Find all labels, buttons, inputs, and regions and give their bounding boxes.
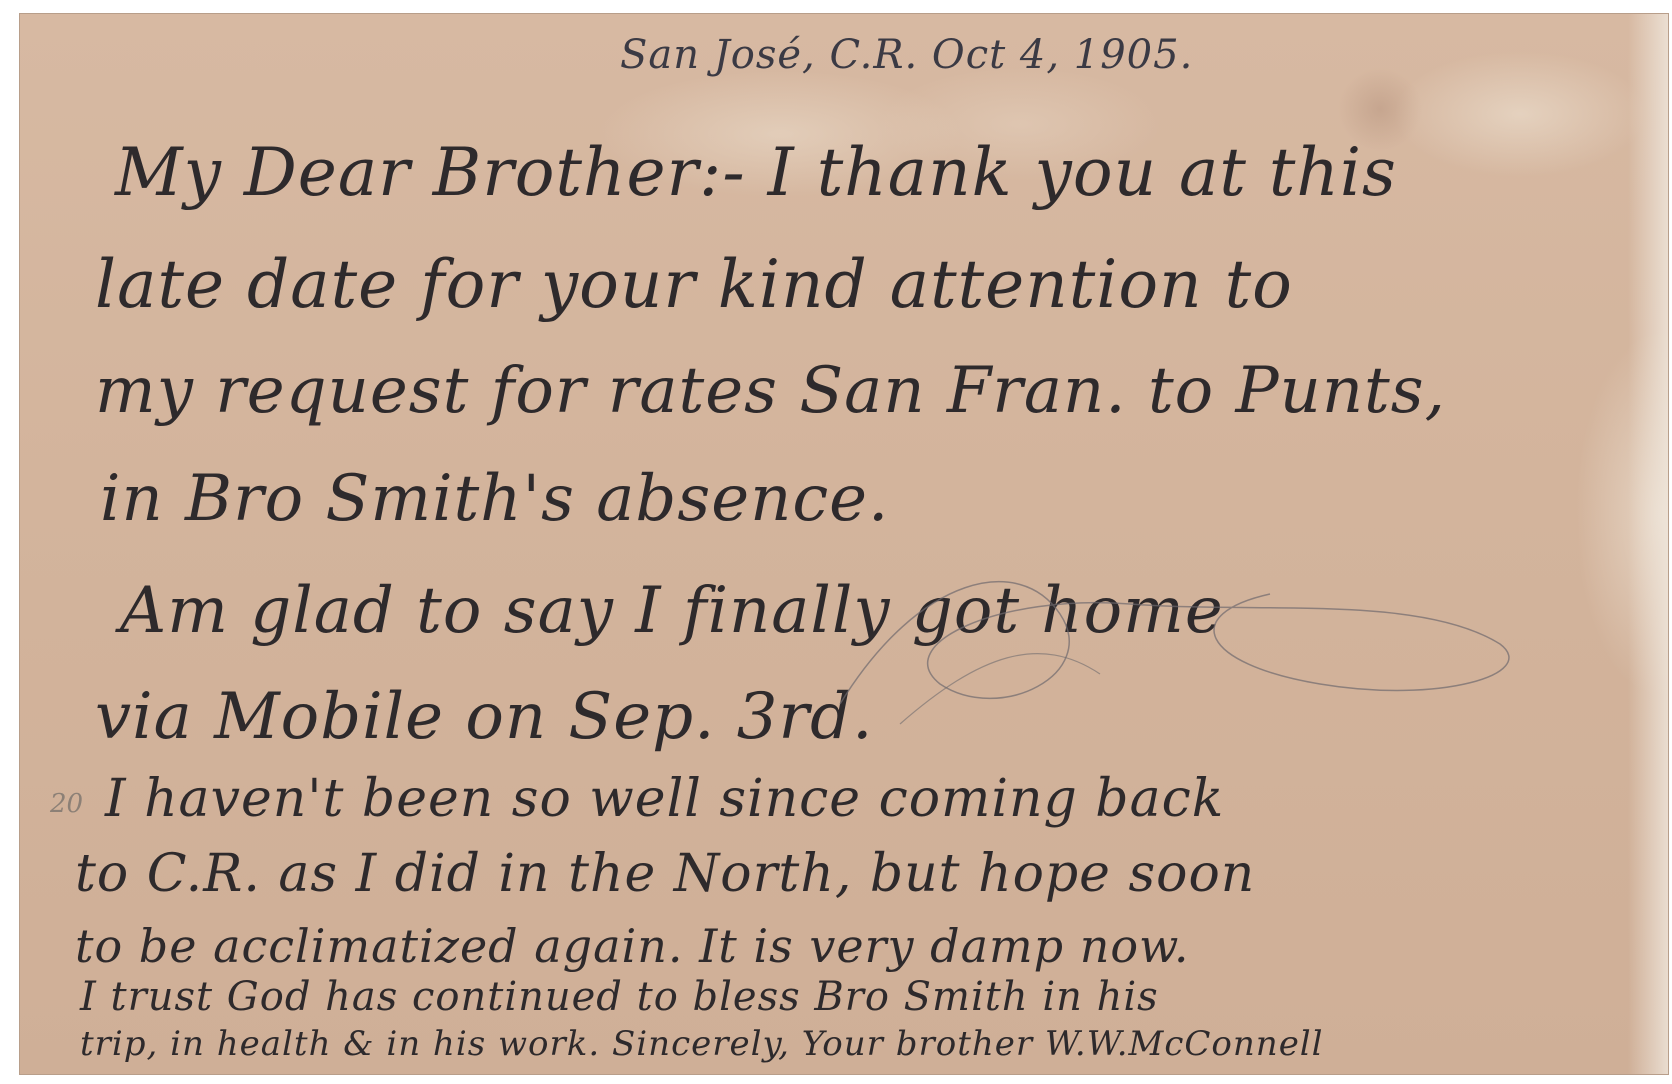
letter-line-9: to be acclimatized again. It is very dam…: [75, 919, 1190, 973]
place-date-heading: San José, C.R. Oct 4, 1905.: [620, 32, 1193, 78]
letter-line-5: Am glad to say I finally got home: [120, 574, 1224, 648]
paper-wear: [1628, 14, 1668, 1074]
letter-line-4: in Bro Smith's absence.: [100, 462, 889, 536]
letter-line-1: My Dear Brother:- I thank you at this: [115, 134, 1397, 211]
letter-line-10: I trust God has continued to bless Bro S…: [80, 974, 1159, 1020]
letter-line-2: late date for your kind attention to: [95, 246, 1293, 323]
letter-line-6: via Mobile on Sep. 3rd.: [95, 680, 873, 754]
letter-line-8: to C.R. as I did in the North, but hope …: [75, 844, 1255, 904]
letter-line-3: my request for rates San Fran. to Punts,: [95, 354, 1446, 428]
postcard: San José, C.R. Oct 4, 1905. My Dear Brot…: [20, 14, 1668, 1074]
letter-line-7: I haven't been so well since coming back: [105, 769, 1224, 829]
letter-line-11-signature: trip, in health & in his work. Sincerely…: [80, 1024, 1324, 1064]
pencil-margin-note: 20: [50, 789, 83, 819]
